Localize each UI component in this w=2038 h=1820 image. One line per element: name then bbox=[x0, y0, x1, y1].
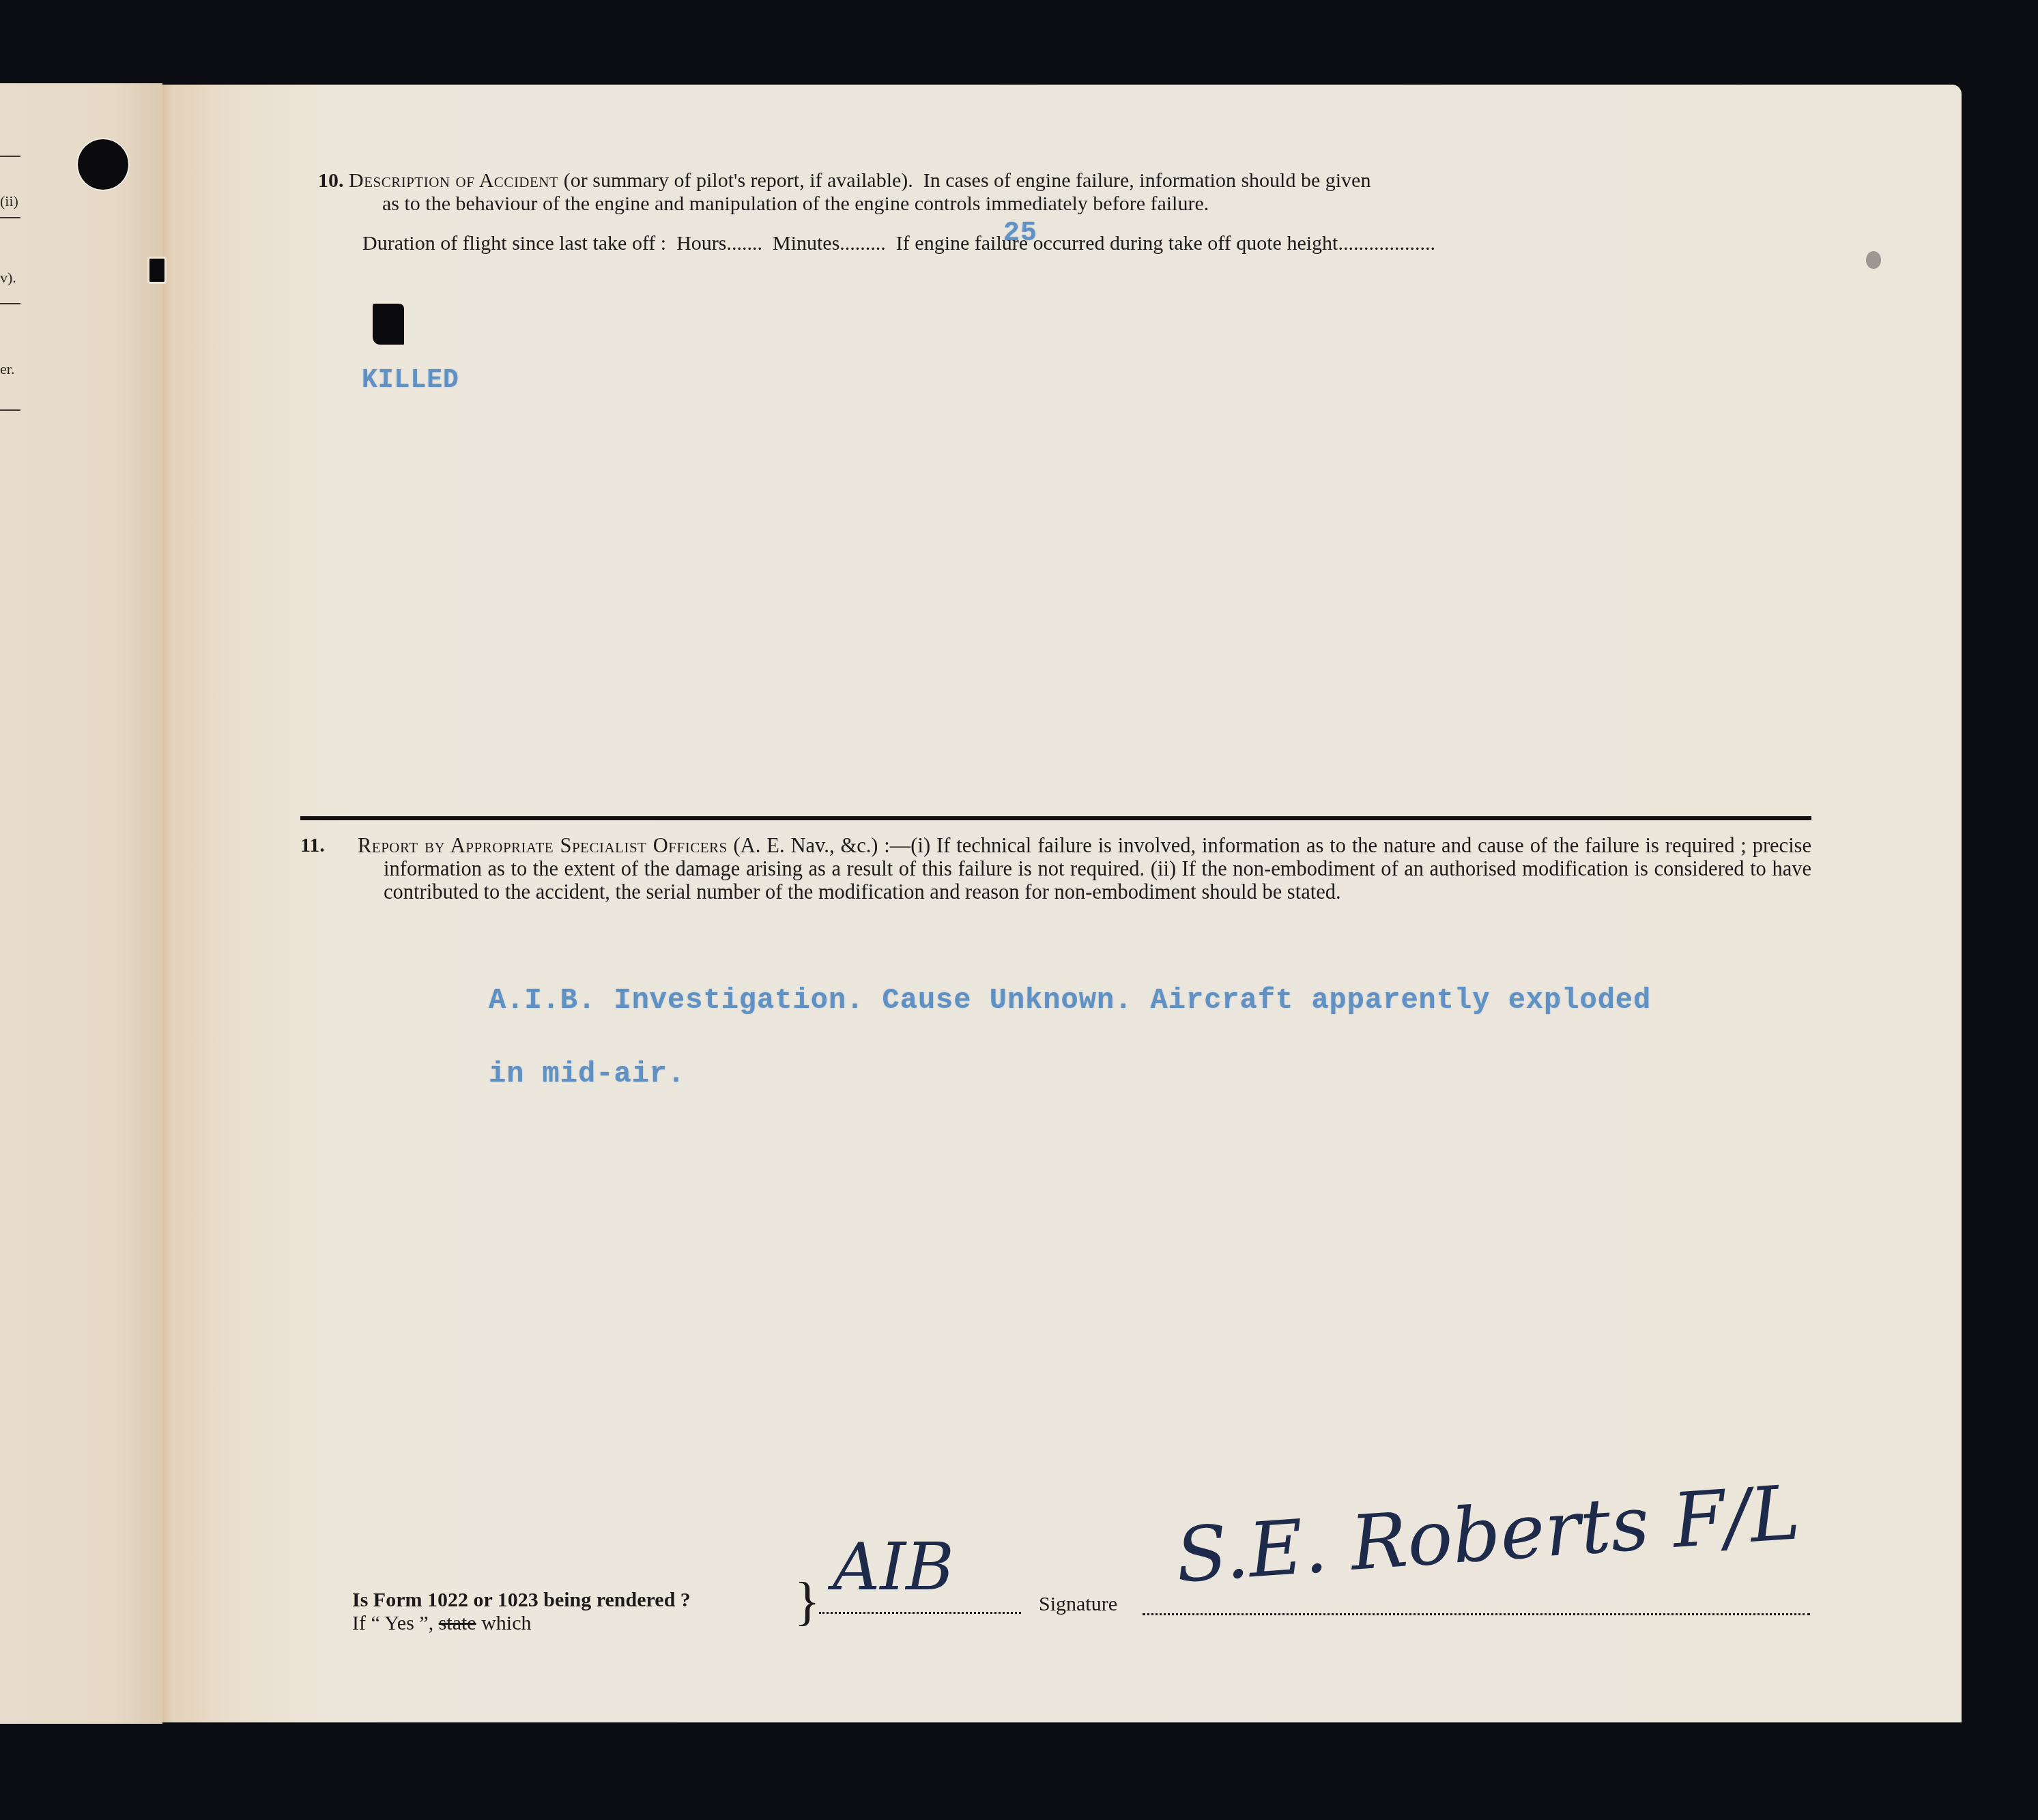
signature-label: Signature bbox=[1039, 1593, 1117, 1616]
section-10-instructions-line2: as to the behaviour of the engine and ma… bbox=[382, 192, 1209, 216]
section-heading-note: (or summary of pilot's report, if availa… bbox=[564, 169, 913, 192]
form-question-suffix: which bbox=[481, 1612, 531, 1634]
section-number: 11. bbox=[300, 834, 325, 856]
duration-label: Duration of flight since last take off : bbox=[362, 232, 666, 255]
signature-field[interactable]: S.E. Roberts F/L bbox=[1173, 1469, 1803, 1600]
section-heading-note: (A. E. Nav., &c.) :—(i) bbox=[734, 834, 931, 857]
section-divider bbox=[300, 816, 1811, 820]
minutes-label: Minutes......... bbox=[773, 232, 886, 255]
report-typed-line-1[interactable]: A.I.B. Investigation. Cause Unknown. Air… bbox=[489, 984, 1651, 1017]
left-page-fragment: (ii) bbox=[0, 192, 18, 210]
paper-stain bbox=[1866, 251, 1881, 269]
section-heading: Description of Accident bbox=[349, 169, 558, 192]
minutes-field[interactable]: 25 bbox=[1003, 218, 1037, 249]
signature-line bbox=[1143, 1613, 1810, 1615]
section-heading: Report by Appropriate Specialist Officer… bbox=[358, 834, 728, 857]
form-question-line2: If “ Yes ”, state which bbox=[352, 1612, 531, 1635]
form-answer-line bbox=[819, 1612, 1021, 1614]
engine-failure-height-label: If engine failure occurred during take o… bbox=[896, 232, 1435, 255]
left-page-fragment: er. bbox=[0, 360, 14, 378]
left-page-rule bbox=[0, 303, 20, 304]
hours-label: Hours....... bbox=[676, 232, 762, 255]
left-page-rule bbox=[0, 217, 20, 218]
section-11-number: 11. bbox=[300, 834, 325, 857]
description-typed-entry[interactable]: KILLED bbox=[362, 366, 459, 395]
section-instructions: In cases of engine failure, information … bbox=[923, 169, 1371, 192]
brace: } bbox=[794, 1575, 820, 1628]
section-number: 10. bbox=[318, 169, 344, 192]
paper-tear bbox=[147, 257, 167, 284]
left-page-edge: (ii) v). er. bbox=[0, 83, 162, 1724]
form-answer-field[interactable]: AIB bbox=[833, 1529, 954, 1605]
section-10-header: 10. Description of Accident (or summary … bbox=[318, 169, 1370, 192]
paper-tear bbox=[371, 302, 406, 347]
section-11-text: Report by Appropriate Specialist Officer… bbox=[384, 834, 1811, 904]
page-fold bbox=[162, 85, 175, 1722]
left-page-rule bbox=[0, 409, 20, 411]
left-page-fragment: v). bbox=[0, 269, 16, 287]
form-page: 10. Description of Accident (or summary … bbox=[162, 85, 1962, 1722]
form-question-line1: Is Form 1022 or 1023 being rendered ? bbox=[352, 1589, 691, 1612]
left-page-rule bbox=[0, 156, 20, 157]
report-typed-line-2[interactable]: in mid-air. bbox=[489, 1058, 685, 1090]
struck-word: state bbox=[439, 1612, 476, 1634]
duration-row: Duration of flight since last take off :… bbox=[362, 232, 1435, 255]
punch-hole bbox=[78, 139, 128, 190]
form-question-prefix: If “ Yes ”, bbox=[352, 1612, 433, 1634]
